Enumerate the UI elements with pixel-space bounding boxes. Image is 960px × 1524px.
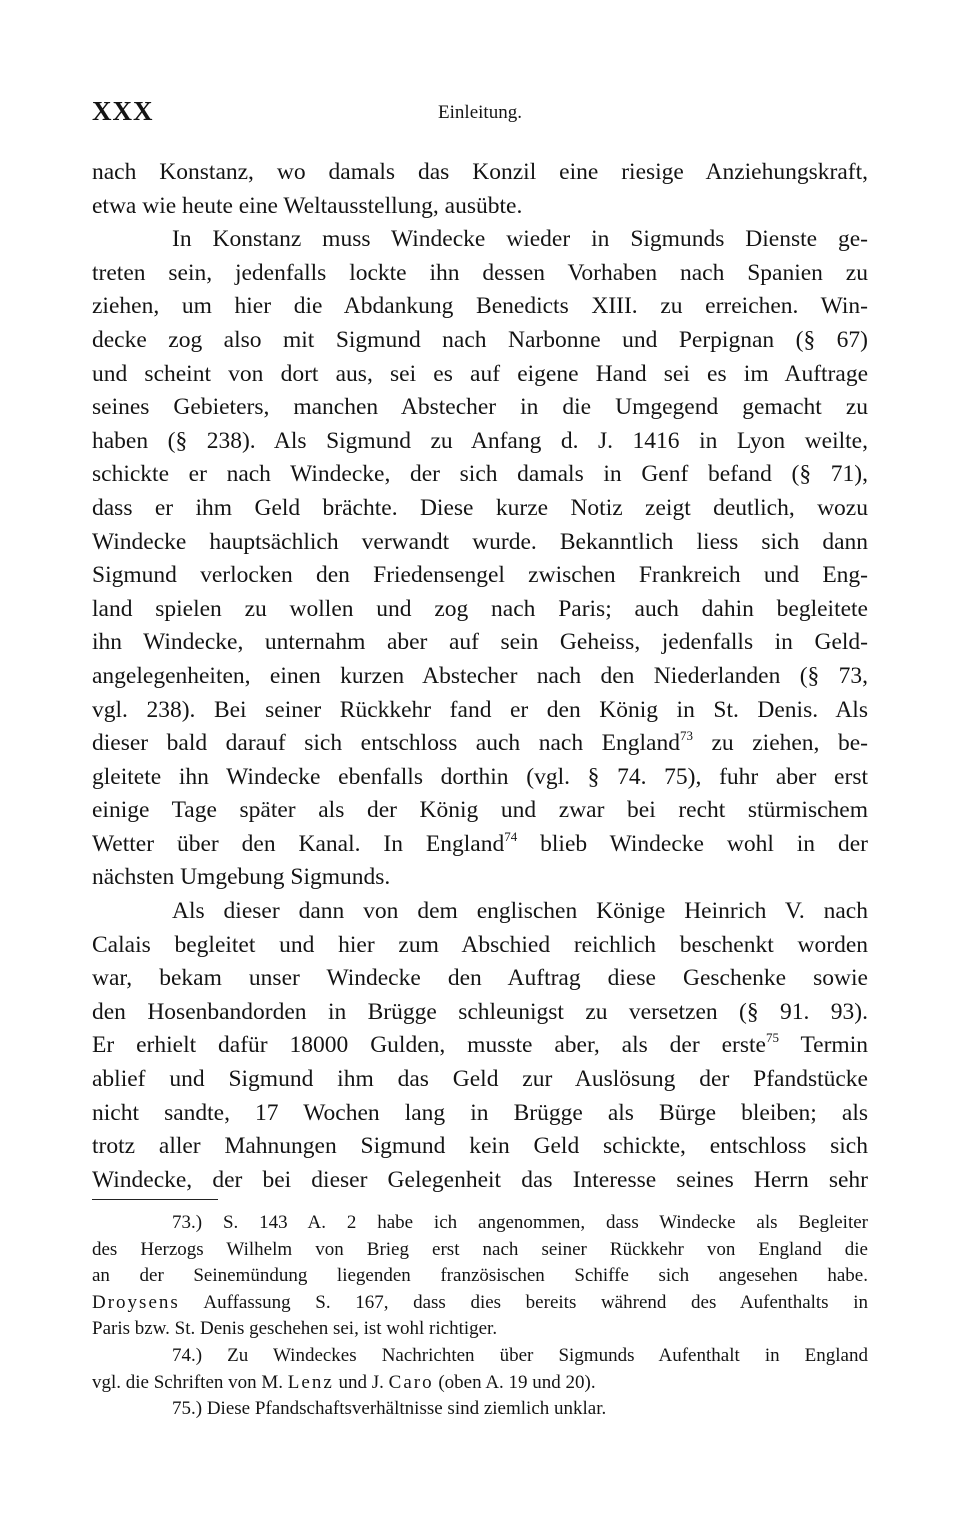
body-line: ziehen, um hier die Abdankung Benedicts … [92,290,868,324]
body-line-text: Sigmund verlocken den Friedensengel zwis… [92,559,868,593]
body-line: Windecke hauptsächlich verwandt wurde. B… [92,526,868,560]
body-line: land spielen zu wollen und zog nach Pari… [92,593,868,627]
footnote-line-text: Droysens Auffassung S. 167, dass dies be… [92,1290,868,1317]
footnote-line: Droysens Auffassung S. 167, dass dies be… [92,1290,868,1317]
line-text: vgl. 238). Bei seiner Rückkehr fand er d… [92,697,868,723]
footnote-line-text: 75.) Diese Pfandschaftsverhältnisse sind… [92,1396,868,1423]
body-line-text: nach Konstanz, wo damals das Konzil eine… [92,156,868,190]
line-text: Er erhielt dafür 18000 Gulden, musste ab… [92,1032,766,1058]
line-text: (oben A. 19 und 20). [434,1372,596,1393]
footnote-line: an der Seinemündung liegenden französisc… [92,1263,868,1290]
body-line: Sigmund verlocken den Friedensengel zwis… [92,559,868,593]
body-line-text: trotz aller Mahnungen Sigmund kein Geld … [92,1130,868,1164]
footnote-separator [92,1199,218,1200]
body-line-text: Calais begleitet und hier zum Abschied r… [92,929,868,963]
body-line-text: In Konstanz muss Windecke wieder in Sigm… [92,223,868,257]
footnote-line: 73.) S. 143 A. 2 habe ich angenommen, da… [92,1210,868,1237]
body-line-text: Wetter über den Kanal. In England74 blie… [92,828,868,862]
line-text: land spielen zu wollen und zog nach Pari… [92,596,868,622]
line-text: haben (§ 238). Als Sigmund zu Anfang d. … [92,428,868,454]
line-text: ablief und Sigmund ihm das Geld zur Ausl… [92,1066,868,1092]
line-text: trotz aller Mahnungen Sigmund kein Geld … [92,1133,868,1159]
line-text: 74.) Zu Windeckes Nachrichten über Sigmu… [172,1345,868,1366]
body-line: haben (§ 238). Als Sigmund zu Anfang d. … [92,425,868,459]
body-line-text: war, bekam unser Windecke den Auftrag di… [92,962,868,996]
line-text: 75.) Diese Pfandschaftsverhältnisse sind… [172,1398,606,1419]
line-text: gleitete ihn Windecke ebenfalls dorthin … [92,764,868,790]
body-line: einige Tage später als der König und zwa… [92,794,868,828]
body-line: vgl. 238). Bei seiner Rückkehr fand er d… [92,694,868,728]
body-line: dieser bald darauf sich entschloss auch … [92,727,868,761]
line-text: Calais begleitet und hier zum Abschied r… [92,932,868,958]
line-text: blieb Windecke wohl in der [517,831,868,857]
spaced-name: Caro [389,1372,434,1393]
footnote-line-text: 73.) S. 143 A. 2 habe ich angenommen, da… [92,1210,868,1237]
body-line-text: ziehen, um hier die Abdankung Benedicts … [92,290,868,324]
footnote-reference: 73 [680,728,693,743]
footnote-line: 74.) Zu Windeckes Nachrichten über Sigmu… [92,1343,868,1370]
line-text: dieser bald darauf sich entschloss auch … [92,730,680,756]
footnote-line-text: vgl. die Schriften von M. Lenz und J. Ca… [92,1370,868,1397]
body-line-text: schickte er nach Windecke, der sich dama… [92,458,868,492]
body-line-text: den Hosenbandorden in Brügge schleunigst… [92,996,868,1030]
line-text: ihn Windecke, unternahm aber auf sein Ge… [92,629,868,655]
footnote-line: vgl. die Schriften von M. Lenz und J. Ca… [92,1370,868,1397]
line-text: Auffassung S. 167, dass dies bereits wäh… [180,1292,868,1313]
line-text: Windecke hauptsächlich verwandt wurde. B… [92,529,868,555]
line-text: In Konstanz muss Windecke wieder in Sigm… [172,226,868,252]
body-line-text: angelegenheiten, einen kurzen Abstecher … [92,660,868,694]
line-text: des Herzogs Wilhelm von Brieg erst nach … [92,1239,868,1260]
body-line: nach Konstanz, wo damals das Konzil eine… [92,156,868,190]
body-line: schickte er nach Windecke, der sich dama… [92,458,868,492]
footnote-reference: 74 [504,829,517,844]
body-line: trotz aller Mahnungen Sigmund kein Geld … [92,1130,868,1164]
body-line: gleitete ihn Windecke ebenfalls dorthin … [92,761,868,795]
body-line-text: nicht sandte, 17 Wochen lang in Brügge a… [92,1097,868,1131]
footnote-line-text: an der Seinemündung liegenden französisc… [92,1263,868,1290]
line-text: dass er ihm Geld brächte. Diese kurze No… [92,495,868,521]
body-line: ablief und Sigmund ihm das Geld zur Ausl… [92,1063,868,1097]
footnote-line: 75.) Diese Pfandschaftsverhältnisse sind… [92,1396,868,1423]
body-line-text: einige Tage später als der König und zwa… [92,794,868,828]
line-text: angelegenheiten, einen kurzen Abstecher … [92,663,868,689]
line-text: decke zog also mit Sigmund nach Narbonne… [92,327,868,353]
footnote-line: des Herzogs Wilhelm von Brieg erst nach … [92,1237,868,1264]
spaced-name: Droysens [92,1292,180,1313]
footnote-line: Paris bzw. St. Denis geschehen sei, ist … [92,1316,868,1343]
body-line: Calais begleitet und hier zum Abschied r… [92,929,868,963]
line-text: an der Seinemündung liegenden französisc… [92,1265,868,1286]
line-text: ziehen, um hier die Abdankung Benedicts … [92,293,868,319]
line-text: nicht sandte, 17 Wochen lang in Brügge a… [92,1100,868,1126]
body-line: dass er ihm Geld brächte. Diese kurze No… [92,492,868,526]
body-line: Er erhielt dafür 18000 Gulden, musste ab… [92,1029,868,1063]
body-line-text: ablief und Sigmund ihm das Geld zur Ausl… [92,1063,868,1097]
body-text: nach Konstanz, wo damals das Konzil eine… [92,156,868,1197]
footnotes: 73.) S. 143 A. 2 habe ich angenommen, da… [92,1210,868,1423]
line-text: nach Konstanz, wo damals das Konzil eine… [92,159,868,185]
body-line: seines Gebieters, manchen Abstecher in d… [92,391,868,425]
body-line-text: dass er ihm Geld brächte. Diese kurze No… [92,492,868,526]
line-text: Wetter über den Kanal. In England [92,831,504,857]
footnote-line-text: Paris bzw. St. Denis geschehen sei, ist … [92,1316,868,1343]
running-title: Einleitung. [92,102,868,124]
line-text: Sigmund verlocken den Friedensengel zwis… [92,562,868,588]
body-line-text: etwa wie heute eine Weltausstellung, aus… [92,190,868,224]
page-header: XXX Einleitung. [92,96,868,132]
line-text: seines Gebieters, manchen Abstecher in d… [92,394,868,420]
line-text: Als dieser dann von dem englischen König… [172,898,868,924]
body-line-text: und scheint von dort aus, sei es auf eig… [92,358,868,392]
body-line: war, bekam unser Windecke den Auftrag di… [92,962,868,996]
body-line: den Hosenbandorden in Brügge schleunigst… [92,996,868,1030]
line-text: treten sein, jedenfalls lockte ihn desse… [92,260,868,286]
document-page: XXX Einleitung. nach Konstanz, wo damals… [0,0,960,1524]
body-line-text: gleitete ihn Windecke ebenfalls dorthin … [92,761,868,795]
body-line: decke zog also mit Sigmund nach Narbonne… [92,324,868,358]
line-text: einige Tage später als der König und zwa… [92,797,868,823]
body-line-text: decke zog also mit Sigmund nach Narbonne… [92,324,868,358]
body-line-text: Er erhielt dafür 18000 Gulden, musste ab… [92,1029,868,1063]
body-line: und scheint von dort aus, sei es auf eig… [92,358,868,392]
body-line: treten sein, jedenfalls lockte ihn desse… [92,257,868,291]
body-line-text: seines Gebieters, manchen Abstecher in d… [92,391,868,425]
body-line-text: Als dieser dann von dem englischen König… [92,895,868,929]
body-line: nächsten Umgebung Sigmunds. [92,861,868,895]
body-line-text: treten sein, jedenfalls lockte ihn desse… [92,257,868,291]
body-line: angelegenheiten, einen kurzen Abstecher … [92,660,868,694]
spaced-name: Lenz [288,1372,334,1393]
body-line-text: dieser bald darauf sich entschloss auch … [92,727,868,761]
footnote-line-text: 74.) Zu Windeckes Nachrichten über Sigmu… [92,1343,868,1370]
line-text: nächsten Umgebung Sigmunds. [92,864,390,890]
line-text: etwa wie heute eine Weltausstellung, aus… [92,193,522,219]
body-line: Als dieser dann von dem englischen König… [92,895,868,929]
body-line: In Konstanz muss Windecke wieder in Sigm… [92,223,868,257]
line-text: Paris bzw. St. Denis geschehen sei, ist … [92,1318,497,1339]
body-line: nicht sandte, 17 Wochen lang in Brügge a… [92,1097,868,1131]
body-line-text: nächsten Umgebung Sigmunds. [92,861,868,895]
footnote-reference: 75 [766,1030,779,1045]
body-line: Wetter über den Kanal. In England74 blie… [92,828,868,862]
body-line-text: ihn Windecke, unternahm aber auf sein Ge… [92,626,868,660]
body-line-text: land spielen zu wollen und zog nach Pari… [92,593,868,627]
body-line: etwa wie heute eine Weltausstellung, aus… [92,190,868,224]
line-text: und scheint von dort aus, sei es auf eig… [92,361,868,387]
body-line-text: Windecke, der bei dieser Gelegenheit das… [92,1164,868,1198]
body-line: Windecke, der bei dieser Gelegenheit das… [92,1164,868,1198]
line-text: den Hosenbandorden in Brügge schleunigst… [92,999,868,1025]
footnote-line-text: des Herzogs Wilhelm von Brieg erst nach … [92,1237,868,1264]
line-text: zu ziehen, be- [693,730,868,756]
line-text: vgl. die Schriften von M. [92,1372,288,1393]
line-text: Termin [779,1032,868,1058]
line-text: und J. [334,1372,389,1393]
body-line-text: Windecke hauptsächlich verwandt wurde. B… [92,526,868,560]
line-text: Windecke, der bei dieser Gelegenheit das… [92,1167,868,1193]
body-line: ihn Windecke, unternahm aber auf sein Ge… [92,626,868,660]
line-text: 73.) S. 143 A. 2 habe ich angenommen, da… [172,1212,868,1233]
body-line-text: haben (§ 238). Als Sigmund zu Anfang d. … [92,425,868,459]
line-text: war, bekam unser Windecke den Auftrag di… [92,965,868,991]
line-text: schickte er nach Windecke, der sich dama… [92,461,868,487]
body-line-text: vgl. 238). Bei seiner Rückkehr fand er d… [92,694,868,728]
